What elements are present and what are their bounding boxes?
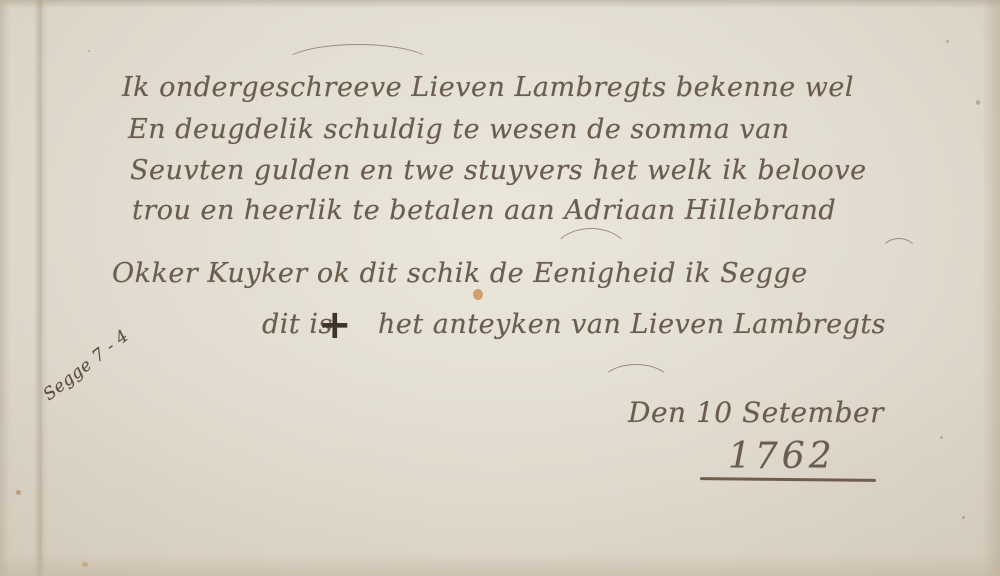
date-year: 1762 <box>728 436 836 477</box>
paper-top-edge <box>0 0 1000 8</box>
paper-bottom-edge <box>0 554 1000 576</box>
ink-stain <box>473 289 483 300</box>
text-line-4: trou en heerlik te betalen aan Adriaan H… <box>132 195 836 226</box>
signature-cross-mark: + <box>318 302 352 348</box>
paper-right-edge <box>982 0 1000 576</box>
paper-speck <box>940 436 943 439</box>
paper-speck <box>962 516 965 519</box>
paper-speck <box>976 100 980 105</box>
paper-speck <box>16 490 21 495</box>
year-underline <box>700 477 876 482</box>
text-line-1: Ik ondergeschreeve Lieven Lambregts beke… <box>122 72 854 103</box>
document-page: Ik ondergeschreeve Lieven Lambregts beke… <box>0 0 1000 576</box>
paper-left-edge <box>0 0 10 576</box>
paper-speck <box>88 50 90 52</box>
text-line-2: En deugdelik schuldig te wesen de somma … <box>128 114 790 145</box>
ink-flourish <box>880 238 918 270</box>
mark-suffix-text: het anteyken van Lieven Lambregts <box>378 309 886 340</box>
date-line: Den 10 Setember <box>628 396 884 429</box>
margin-note: Segge 7 - 4 <box>40 326 133 405</box>
paper-speck <box>946 40 949 43</box>
text-line-5: Okker Kuyker ok dit schik de Eenigheid i… <box>112 258 808 289</box>
paper-fold-crease <box>34 0 48 576</box>
paper-speck <box>82 562 88 567</box>
text-line-3: Seuvten gulden en twe stuyvers het welk … <box>130 155 867 186</box>
